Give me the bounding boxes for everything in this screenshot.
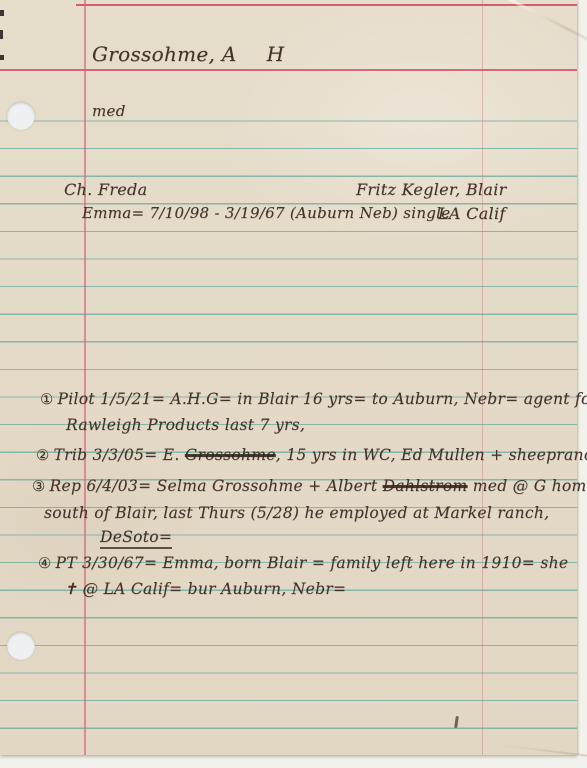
emma-dates-line: Emma= 7/10/98 - 3/19/67 (Auburn Neb) sin… — [82, 204, 450, 222]
ledger-paper-sheet: Grossohme, AH med Ch. Freda Emma= 7/10/9… — [0, 0, 577, 755]
given-initial: H — [267, 42, 285, 66]
desoto-underlined: DeSoto= — [100, 528, 172, 549]
note-3-struck-word: Dahlstrom — [383, 477, 468, 495]
note-entry-3-line-1: ③Rep 6/4/03= Selma Grossohme + Albert Da… — [32, 477, 587, 495]
surname-text: Grossohme, A — [92, 42, 237, 66]
punch-hole-bottom — [7, 632, 35, 660]
paper-crease-top-right — [454, 0, 587, 59]
note-entry-4-line-2: ✝ @ LA Calif= bur Auburn, Nebr= — [64, 580, 346, 598]
circled-number-3: ③ — [32, 478, 46, 495]
scanned-note-page: Grossohme, AH med Ch. Freda Emma= 7/10/9… — [0, 0, 587, 768]
note-3-text-post: med @ G home — [468, 477, 587, 495]
circled-number-2: ② — [36, 447, 50, 464]
note-2-text-pre: Trib 3/3/05= E. — [54, 446, 185, 464]
scan-edge-mark — [0, 30, 3, 39]
red-right-margin-line — [482, 0, 483, 755]
children-line: Ch. Freda — [64, 180, 147, 199]
punch-hole-top — [7, 102, 35, 130]
scan-edge-mark — [0, 55, 4, 60]
note-entry-1-line-2: Rawleigh Products last 7 yrs, — [66, 416, 305, 434]
note-3-text-pre: Rep 6/4/03= Selma Grossohme + Albert — [50, 477, 383, 495]
note-entry-3-line-2: south of Blair, last Thurs (5/28) he emp… — [44, 504, 549, 522]
red-header-rule-top — [76, 4, 577, 6]
scan-edge-mark — [0, 10, 4, 16]
circled-number-1: ① — [40, 391, 54, 408]
fritz-kegler-line: Fritz Kegler, Blair — [356, 180, 507, 199]
abbrev-med: med — [92, 102, 126, 120]
red-header-rule — [0, 69, 577, 71]
surname-heading: Grossohme, AH — [92, 42, 284, 66]
note-entry-2: ②Trib 3/3/05= E. Grossohme, 15 yrs in WC… — [36, 446, 587, 464]
note-entry-4-line-1: ④PT 3/30/67= Emma, born Blair = family l… — [38, 554, 568, 572]
note-4-text: PT 3/30/67= Emma, born Blair = family le… — [56, 554, 569, 572]
la-calif-line: LA Calif — [438, 204, 506, 223]
circled-number-4: ④ — [38, 555, 52, 572]
note-entry-1-line-1: ①Pilot 1/5/21= A.H.G= in Blair 16 yrs= t… — [40, 390, 587, 408]
red-left-margin-line — [84, 0, 86, 755]
note-entry-3-line-3: DeSoto= — [100, 528, 172, 546]
note-2-struck-word: Grossohme — [185, 446, 276, 464]
note-1-text: Pilot 1/5/21= A.H.G= in Blair 16 yrs= to… — [58, 390, 587, 408]
note-2-text-post: , 15 yrs in WC, Ed Mullen + sheepranchin… — [276, 446, 587, 464]
